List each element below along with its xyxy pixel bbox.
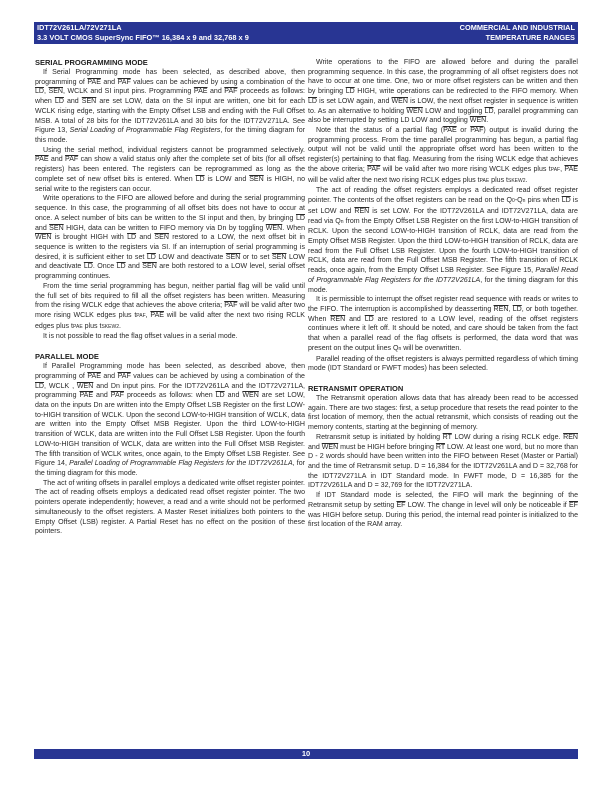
paragraph: If Serial Programming mode has been sele…	[35, 68, 305, 146]
section-title-retransmit: RETRANSMIT OPERATION	[308, 384, 578, 394]
paragraph: From the time serial programming has beg…	[35, 282, 305, 333]
paragraph: Parallel reading of the offset registers…	[308, 355, 578, 374]
paragraph: Write operations to the FIFO are allowed…	[308, 58, 578, 126]
page-number: 10	[302, 749, 310, 758]
section-title-serial: SERIAL PROGRAMMING MODE	[35, 58, 305, 68]
range-line-1: COMMERCIAL AND INDUSTRIAL	[460, 23, 575, 34]
paragraph: It is permissible to interrupt the offse…	[308, 295, 578, 354]
paragraph: The Retransmit operation allows data tha…	[308, 394, 578, 433]
page-footer-bar: 10	[34, 749, 578, 759]
product-line: 3.3 VOLT CMOS SuperSync FIFO™ 16,384 x 9…	[37, 33, 249, 44]
right-column: Write operations to the FIFO are allowed…	[308, 58, 578, 530]
paragraph: It is not possible to read the flag offs…	[35, 332, 305, 342]
paragraph: Write operations to the FIFO are allowed…	[35, 194, 305, 281]
page-header-bar: IDT72V261LA/72V271LA 3.3 VOLT CMOS Super…	[34, 22, 578, 44]
paragraph: The act of reading the offset registers …	[308, 186, 578, 295]
paragraph: Note that the status of a partial flag (…	[308, 126, 578, 186]
paragraph: Retransmit setup is initiated by holding…	[308, 433, 578, 491]
paragraph: If Parallel Programming mode has been se…	[35, 362, 305, 479]
range-line-2: TEMPERATURE RANGES	[460, 33, 575, 44]
paragraph: The act of writing offsets in parallel e…	[35, 479, 305, 537]
part-number: IDT72V261LA/72V271LA	[37, 23, 249, 34]
paragraph: Using the serial method, individual regi…	[35, 146, 305, 195]
left-column: SERIAL PROGRAMMING MODE If Serial Progra…	[35, 58, 305, 537]
section-title-parallel: PARALLEL MODE	[35, 352, 305, 362]
paragraph: If IDT Standard mode is selected, the FI…	[308, 491, 578, 530]
